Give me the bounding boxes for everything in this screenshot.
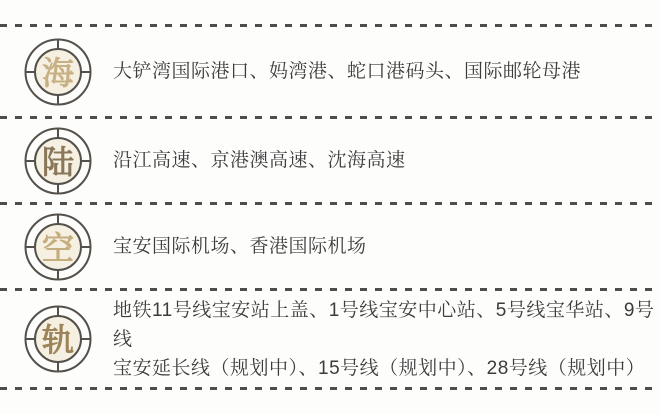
- row-sea: 海 大铲湾国际港口、妈湾港、蛇口港码头、国际邮轮母港: [0, 27, 660, 116]
- transport-infographic: 海 大铲湾国际港口、妈湾港、蛇口港码头、国际邮轮母港 陆 沿江高速、京港澳高速、…: [0, 0, 660, 414]
- land-icon-glyph: 陆: [42, 144, 74, 180]
- top-spacer: [0, 0, 660, 24]
- row-rail: 轨 地铁11号线宝安站上盖、1号线宝安中心站、5号线宝华站、9号线 宝安延长线（…: [0, 291, 660, 387]
- rail-icon: 轨: [23, 304, 93, 374]
- divider-bottom: [0, 387, 660, 390]
- sea-row-text: 大铲湾国际港口、妈湾港、蛇口港码头、国际邮轮母港: [113, 57, 581, 86]
- rail-row-text-line-2: 宝安延长线（规划中）、15号线（规划中）、28号线（规划中）: [113, 354, 660, 383]
- sea-icon: 海: [23, 37, 93, 107]
- row-land: 陆 沿江高速、京港澳高速、沈海高速: [0, 119, 660, 202]
- row-air: 空 宝安国际机场、香港国际机场: [0, 205, 660, 288]
- rail-row-text-line-1: 地铁11号线宝安站上盖、1号线宝安中心站、5号线宝华站、9号线: [113, 296, 660, 354]
- rail-row-text: 地铁11号线宝安站上盖、1号线宝安中心站、5号线宝华站、9号线 宝安延长线（规划…: [113, 296, 660, 383]
- land-icon: 陆: [23, 126, 93, 196]
- air-icon-glyph: 空: [42, 230, 74, 266]
- air-row-text: 宝安国际机场、香港国际机场: [113, 232, 367, 261]
- land-row-text: 沿江高速、京港澳高速、沈海高速: [113, 146, 406, 175]
- air-icon: 空: [23, 212, 93, 282]
- sea-icon-glyph: 海: [42, 55, 74, 91]
- rail-icon-glyph: 轨: [42, 322, 74, 358]
